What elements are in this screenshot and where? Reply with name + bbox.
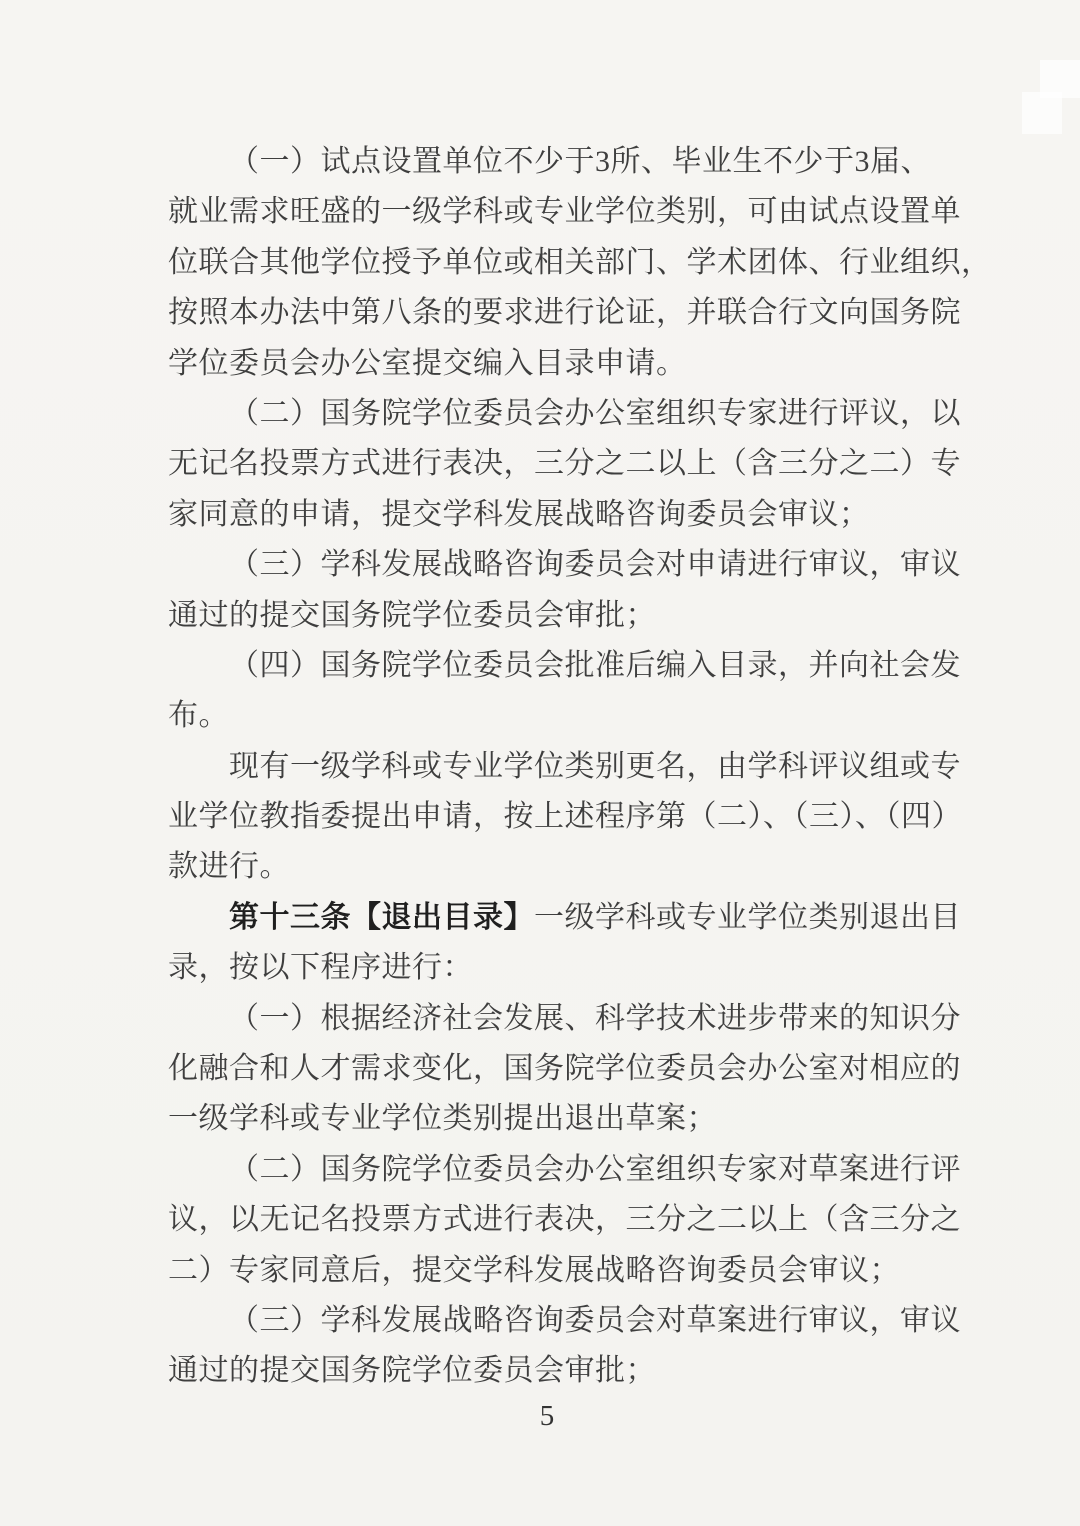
text-line: 通过的提交国务院学位委员会审批； xyxy=(168,1346,926,1396)
text-line: 家同意的申请，提交学科发展战略咨询委员会审议； xyxy=(168,490,926,540)
text-line: 无记名投票方式进行表决，三分之二以上（含三分之二）专 xyxy=(168,439,926,489)
page-number: 5 xyxy=(168,1400,926,1433)
text-line: 布。 xyxy=(168,691,926,741)
scan-artifact xyxy=(1022,92,1062,134)
text-line: 就业需求旺盛的一级学科或专业学位类别，可由试点设置单 xyxy=(168,187,926,237)
text-line: （二）国务院学位委员会办公室组织专家进行评议，以 xyxy=(168,389,926,439)
text-line: 位联合其他学位授予单位或相关部门、学术团体、行业组织， xyxy=(168,238,926,288)
text-line: 二）专家同意后，提交学科发展战略咨询委员会审议； xyxy=(168,1246,926,1296)
text-line: 学位委员会办公室提交编入目录申请。 xyxy=(168,339,926,389)
text-line: （一）根据经济社会发展、科学技术进步带来的知识分 xyxy=(168,994,926,1044)
text-line: （二）国务院学位委员会办公室组织专家对草案进行评 xyxy=(168,1145,926,1195)
text-line: 业学位教指委提出申请，按上述程序第（二）、（三）、（四） xyxy=(168,792,926,842)
text-line: 款进行。 xyxy=(168,842,926,892)
document-page: （一）试点设置单位不少于3所、毕业生不少于3届、 就业需求旺盛的一级学科或专业学… xyxy=(0,0,1080,1526)
text-line: （三）学科发展战略咨询委员会对草案进行审议，审议 xyxy=(168,1296,926,1346)
text-line: 议，以无记名投票方式进行表决，三分之二以上（含三分之 xyxy=(168,1195,926,1245)
article-heading-rest: 一级学科或专业学位类别退出目 xyxy=(534,901,961,934)
text-line: 现有一级学科或专业学位类别更名，由学科评议组或专 xyxy=(168,742,926,792)
text-line: 录，按以下程序进行： xyxy=(168,943,926,993)
article-heading-bold: 第十三条【退出目录】 xyxy=(229,901,534,934)
text-line: 按照本办法中第八条的要求进行论证，并联合行文向国务院 xyxy=(168,288,926,338)
text-line: 通过的提交国务院学位委员会审批； xyxy=(168,591,926,641)
text-line: （四）国务院学位委员会批准后编入目录，并向社会发 xyxy=(168,641,926,691)
text-line: （一）试点设置单位不少于3所、毕业生不少于3届、 xyxy=(168,137,926,187)
text-line-article-heading: 第十三条【退出目录】一级学科或专业学位类别退出目 xyxy=(168,893,926,943)
text-line: 一级学科或专业学位类别提出退出草案； xyxy=(168,1094,926,1144)
document-body: （一）试点设置单位不少于3所、毕业生不少于3届、 就业需求旺盛的一级学科或专业学… xyxy=(168,137,926,1397)
text-line: （三）学科发展战略咨询委员会对申请进行审议，审议 xyxy=(168,540,926,590)
text-line: 化融合和人才需求变化，国务院学位委员会办公室对相应的 xyxy=(168,1044,926,1094)
